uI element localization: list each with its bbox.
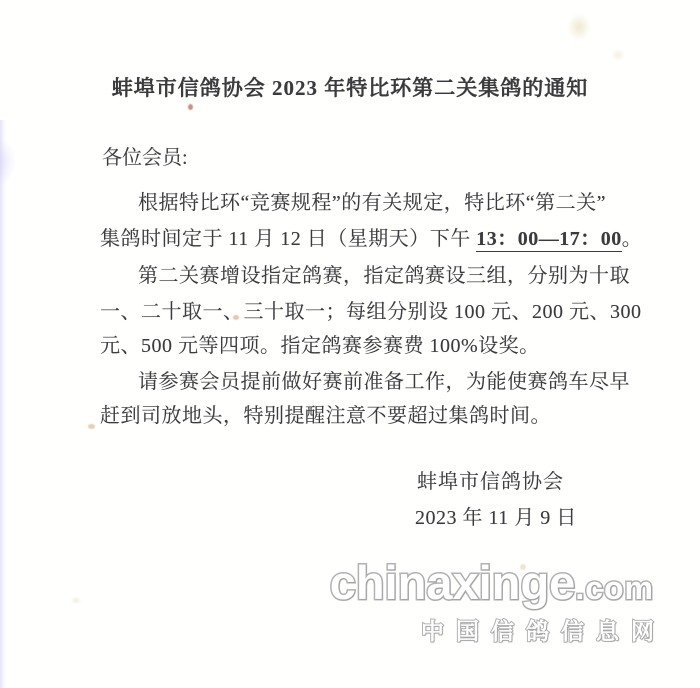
notice-title: 蚌埠市信鸽协会 2023 年特比环第二关集鸽的通知: [0, 72, 700, 102]
scan-speck: [566, 12, 592, 42]
paragraph3-line2: 赶到司放地头，特别提醒注意不要超过集鸽时间。: [100, 399, 551, 428]
watermark-tld: .com: [575, 570, 654, 606]
scanned-notice-page: 蚌埠市信鸽协会 2023 年特比环第二关集鸽的通知 各位会员: 根据特比环“竞赛…: [0, 0, 700, 688]
scan-speck: [88, 424, 95, 429]
collection-time-suffix: 。: [622, 228, 643, 250]
scan-speck: [610, 48, 626, 62]
paragraph1-line2: 集鸽时间定于 11 月 12 日（星期天）下午 13：00—17：00。: [100, 222, 642, 251]
paragraph2-line1: 第二关赛增设指定鸽赛，指定鸽赛设三组，分别为十取: [138, 259, 630, 288]
signature-date: 2023 年 11 月 9 日: [415, 501, 577, 530]
paragraph1-line1: 根据特比环“竞赛规程”的有关规定，特比环“第二关”: [138, 186, 606, 215]
paragraph3-line1: 请参赛会员提前做好赛前准备工作，为能使赛鸽车尽早: [138, 365, 630, 394]
watermark-chinese-name: 中国信鸽信息网: [330, 613, 666, 646]
watermark-domain: chinaxinge.com: [330, 560, 654, 611]
site-watermark: chinaxinge.com 中国信鸽信息网: [330, 560, 654, 646]
paragraph2-line2: 一、二十取一、三十取一；每组分别设 100 元、200 元、300: [100, 295, 642, 324]
watermark-site-name: chinaxinge: [330, 556, 576, 609]
salutation: 各位会员:: [102, 141, 188, 170]
scan-edge-artifact: [0, 120, 7, 688]
signature-org: 蚌埠市信鸽协会: [417, 465, 564, 494]
collection-time-prefix: 集鸽时间定于 11 月 12 日（星期天）下午: [100, 228, 476, 250]
scan-speck: [188, 104, 193, 110]
collection-time-value: 13：00—17：00: [476, 228, 622, 252]
scan-speck: [70, 596, 82, 605]
paragraph2-line3: 元、500 元等四项。指定鸽赛参赛费 100%设奖。: [100, 329, 540, 358]
scan-speck: [520, 564, 526, 570]
scan-blotch-artifact: [0, 138, 16, 186]
